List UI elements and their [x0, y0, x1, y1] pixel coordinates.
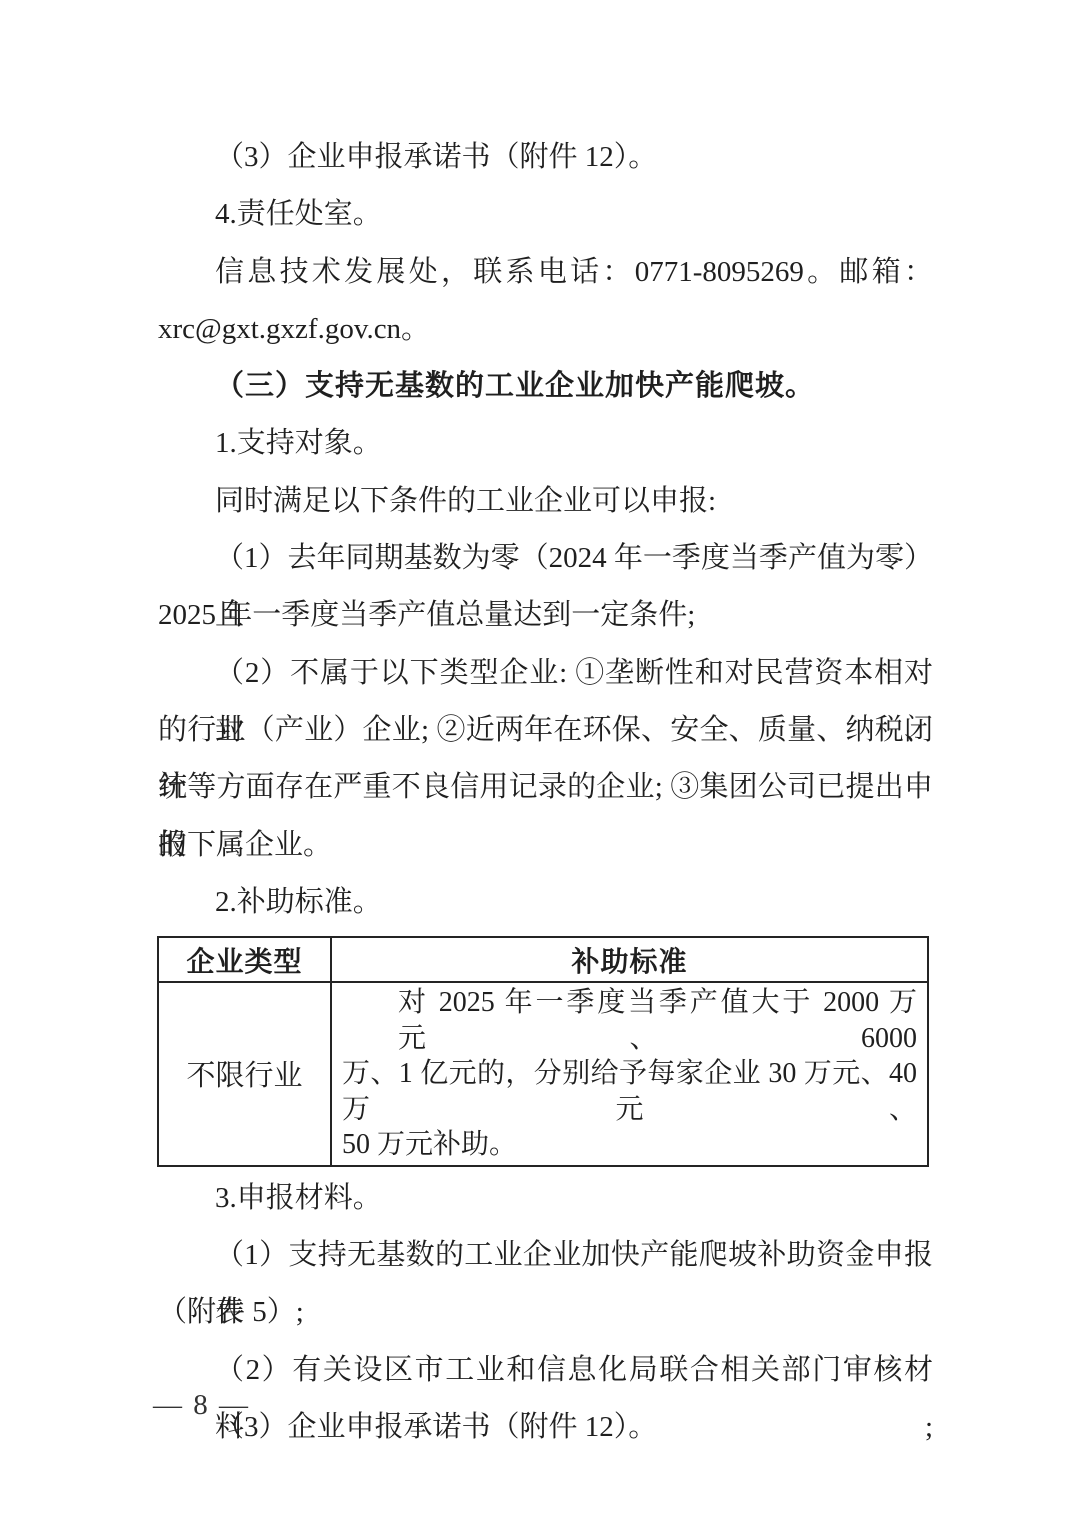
page-number: — 8 — — [153, 1390, 250, 1420]
doc-line: （2）不属于以下类型企业: ①垄断性和对民营资本相对封闭 — [158, 645, 933, 702]
table-cell-line: 万、1 亿元的，分别给予每家企业 30 万元、40 万元、 — [342, 1056, 917, 1127]
doc-line: （1）支持无基数的工业企业加快产能爬坡补助资金申报表 — [158, 1227, 933, 1284]
table-cell-enterprise-type: 不限行业 — [158, 982, 331, 1166]
table-cell-line: 50 万元补助。 — [342, 1127, 917, 1163]
doc-line: （附件 5）; — [158, 1284, 933, 1341]
doc-line: （2）有关设区市工业和信息化局联合相关部门审核材料; — [158, 1342, 933, 1399]
table-header-row: 企业类型 补助标准 — [158, 937, 928, 982]
table-header-subsidy-standard: 补助标准 — [331, 937, 928, 982]
table-cell-line: 对 2025 年一季度当季产值大于 2000 万元、6000 — [342, 985, 917, 1056]
doc-line: 1.支持对象。 — [158, 415, 933, 472]
subsidy-table: 企业类型 补助标准 不限行业 对 2025 年一季度当季产值大于 2000 万元… — [157, 936, 929, 1167]
document-page: （3）企业申报承诺书（附件 12）。 4.责任处室。 信息技术发展处，联系电话：… — [0, 0, 1074, 1520]
doc-line: 计等方面存在严重不良信用记录的企业; ③集团公司已提出申报 — [158, 759, 933, 816]
doc-line: （1）去年同期基数为零（2024 年一季度当季产值为零）且 — [158, 530, 933, 587]
doc-line: 同时满足以下条件的工业企业可以申报: — [158, 473, 933, 530]
doc-line: 2.补助标准。 — [158, 874, 933, 931]
table-header-enterprise-type: 企业类型 — [158, 937, 331, 982]
section-heading: （三）支持无基数的工业企业加快产能爬坡。 — [158, 358, 933, 415]
doc-line: 的行业（产业）企业; ②近两年在环保、安全、质量、纳税、统 — [158, 702, 933, 759]
table-row: 不限行业 对 2025 年一季度当季产值大于 2000 万元、6000 万、1 … — [158, 982, 928, 1166]
doc-line: 信息技术发展处，联系电话：0771-8095269。邮箱： — [158, 244, 933, 301]
document-body: （3）企业申报承诺书（附件 12）。 4.责任处室。 信息技术发展处，联系电话：… — [158, 129, 933, 1456]
doc-line: （3）企业申报承诺书（附件 12）。 — [158, 129, 933, 186]
doc-line-email: xrc@gxt.gxzf.gov.cn。 — [158, 301, 933, 358]
doc-line: 2025 年一季度当季产值总量达到一定条件; — [158, 587, 933, 644]
table-cell-subsidy-standard: 对 2025 年一季度当季产值大于 2000 万元、6000 万、1 亿元的，分… — [331, 982, 928, 1166]
doc-line: 3.申报材料。 — [158, 1170, 933, 1227]
doc-line: 4.责任处室。 — [158, 186, 933, 243]
doc-line: 的下属企业。 — [158, 817, 933, 874]
